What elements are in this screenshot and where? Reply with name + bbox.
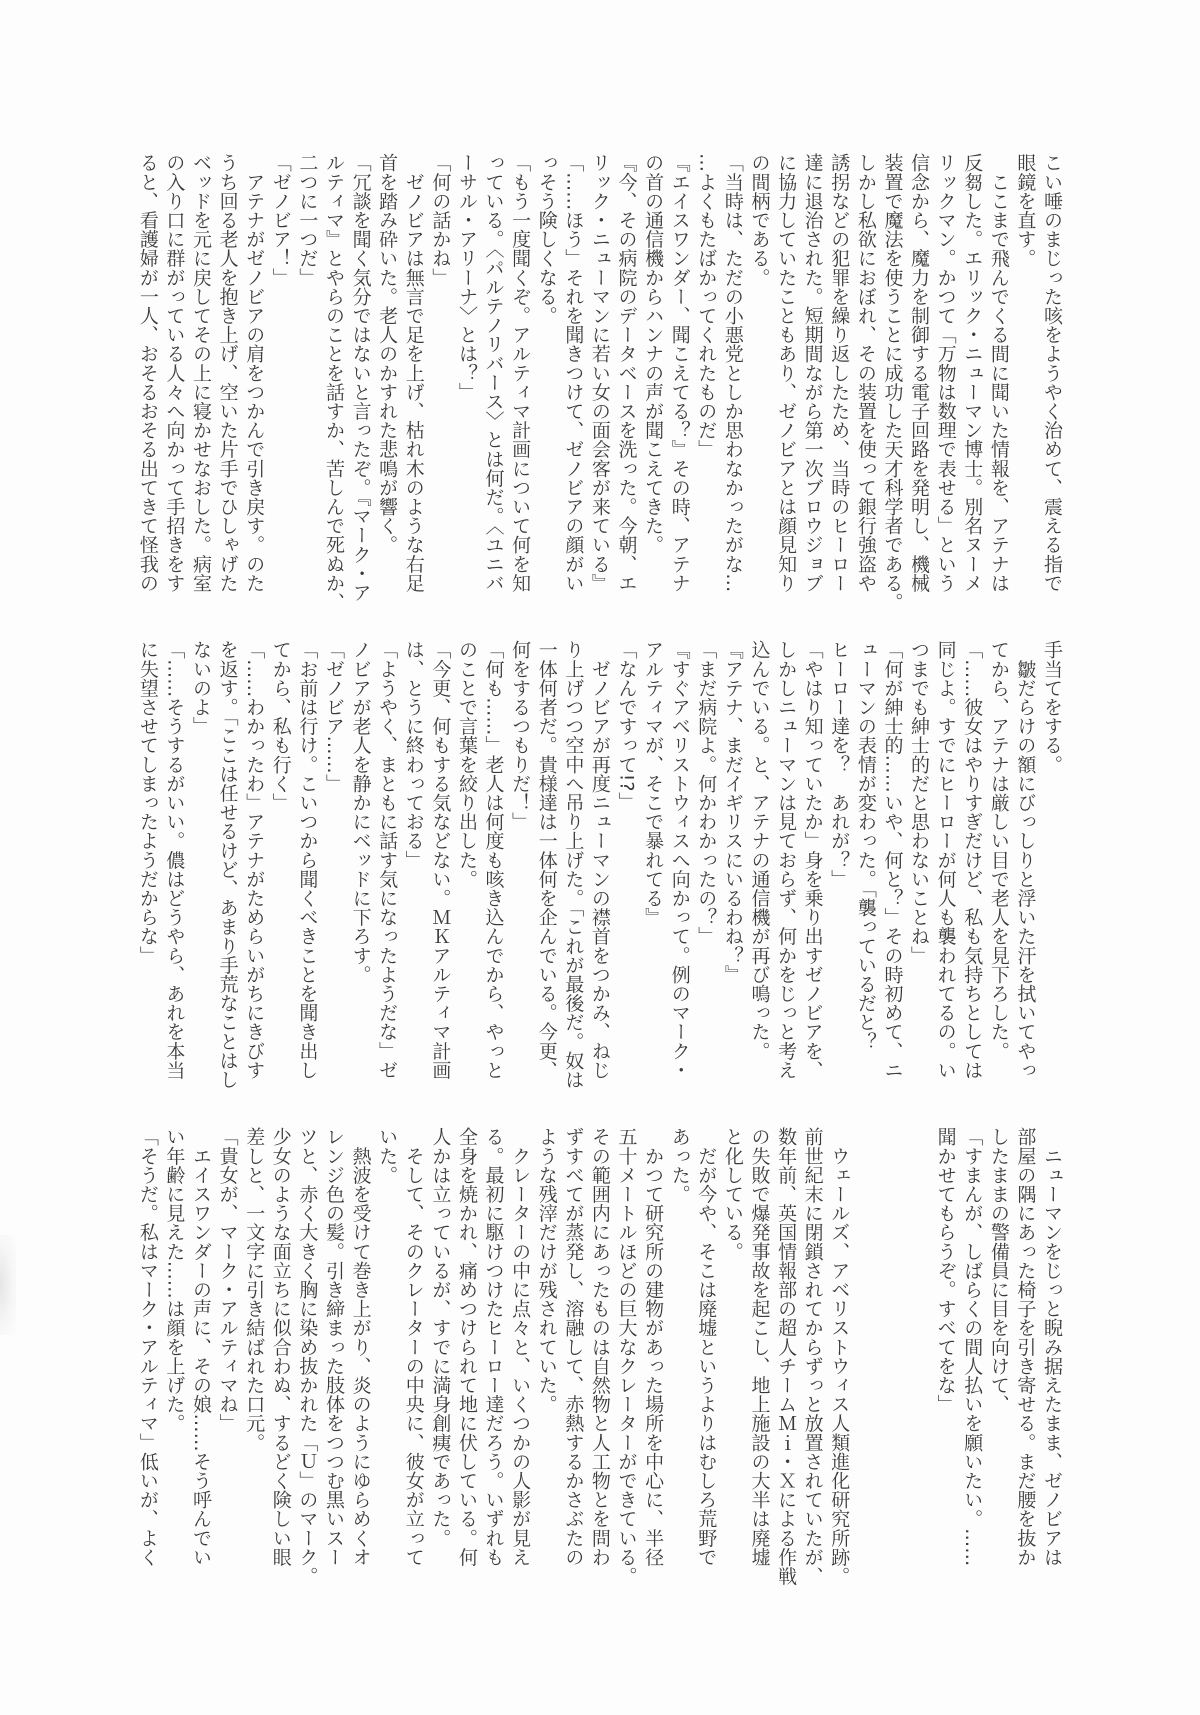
text-column: の入り口に群がっている人々へ向かって手招きをす [161, 153, 188, 599]
text-column: 「今更、何もする気などない。ＭＫアルティマ計画 [427, 640, 454, 1086]
text-column: ベッドを元に戻してその上に寝かせなおした。病室 [187, 153, 214, 599]
text-column: 熱波を受けて巻き上がり、炎のようにゆらめくオ [347, 1127, 374, 1573]
text-column: 誘拐などの犯罪を繰り返したため、当時のヒーロー [826, 153, 853, 599]
text-column: その範囲内にあったものは自然物と人工物とを問わ [586, 1127, 613, 1573]
text-column: 「まだ病院よ。何かわかったの？」 [693, 640, 720, 1086]
text-column: 何をするつもりだ！」 [507, 640, 534, 1086]
text-column: 人かは立っているが、すでに満身創痍であった。 [427, 1127, 454, 1573]
text-column: に協力していたこともあり、ゼノビアとは顔見知り [772, 153, 799, 599]
text-column: ような残滓だけが残されていた。 [533, 1127, 560, 1573]
text-column: したままの警備員に目を向けて、 [985, 1127, 1012, 1573]
text-column: ルティマ』とやらのことを話すか、苦しんで死ぬか、 [320, 153, 347, 599]
text-column: てから、私も行く」 [267, 640, 294, 1086]
text-column: リック・ニューマンに若い女の面会客が来ている』 [586, 153, 613, 599]
text-column: 全身を焼かれ、痛めつけられて地に伏している。何 [453, 1127, 480, 1573]
text-column: アテナがゼノビアの肩をつかんで引き戻す。のた [241, 153, 268, 599]
text-column: しかしニューマンは見ておらず、何かをじっと考え [772, 640, 799, 1086]
text-column: 『エイスワンダー、聞こえてる？』その時、アテナ [666, 153, 693, 599]
text-column: 同じよ。すでにヒーローが何人も襲われてるの。い [932, 640, 959, 1086]
text-column: ずすべてが蒸発し、溶融して、赤熱するかさぶたの [560, 1127, 587, 1573]
text-column: り上げつつ空中へ吊り上げた。「これが最後だ。奴は [560, 640, 587, 1086]
text-column: 「すまんが、しばらくの間人払いを願いたい。…… [959, 1127, 986, 1573]
text-column: ゼノビアは無言で足を上げ、枯れ木のような右足 [400, 153, 427, 599]
text-column: と化している。 [719, 1127, 746, 1573]
text-column: のことで言葉を絞り出した。 [453, 640, 480, 1086]
text-column: 少女のような面立ちに似合わぬ、するどく険しい眼 [267, 1127, 294, 1573]
text-column: の間柄である。 [746, 153, 773, 599]
text-column: クレーターの中に点々と、いくつかの人影が見え [507, 1127, 534, 1573]
text-column: 「何の話かね」 [427, 153, 454, 599]
text-column: エイスワンダーの声に、その娘……そう呼んでい [187, 1127, 214, 1573]
text-column: 「やはり知っていたか」身を乗り出すゼノビアを、 [799, 640, 826, 1086]
text-column: 「ゼノビア……」 [320, 640, 347, 1086]
text-column: 信念から、魔力を制御する電子回路を発明し、機械 [905, 153, 932, 599]
text-column: っている。〈パルテノリバース〉とは何だ。〈ユニバ [480, 153, 507, 599]
text-column: を返す。「ここは任せるけど、あまり手荒なことはし [214, 640, 241, 1086]
text-column: つまでも紳士的だと思わないことね」 [905, 640, 932, 1086]
text-column: てから、アテナは厳しい目で老人を見下ろした。 [985, 640, 1012, 1086]
text-column: 眼鏡を直す。 [1012, 153, 1039, 599]
text-column: しかし私欲におぼれ、その装置を使って銀行強盗や [852, 153, 879, 599]
text-column: 装置で魔法を使うことに成功した天才科学者である。 [879, 153, 906, 599]
text-column: 「何が紳士的……いや、何と？」その時初めて、ニ [879, 640, 906, 1086]
scene-break [905, 1127, 932, 1573]
text-block-bottom: ニューマンをじっと睨み据えたまま、ゼノビアは 部屋の隅にあった椅子を引き寄せる。… [134, 1127, 1065, 1573]
text-column: ニューマンをじっと睨み据えたまま、ゼノビアは [1038, 1127, 1065, 1573]
text-column: 「もう一度聞くぞ。アルティマ計画について何を知 [507, 153, 534, 599]
text-column: 「貴女が、マーク・アルティマね」 [214, 1127, 241, 1573]
text-column: る。最初に駆けつけたヒーロー達だろう。いずれも [480, 1127, 507, 1573]
text-column: 差しと、一文字に引き結ばれた口元。 [241, 1127, 268, 1573]
text-column: ここまで飛んでくる間に聞いた情報を、アテナは [985, 153, 1012, 599]
text-column: ないのよ」 [187, 640, 214, 1086]
text-column: 首を踏み砕いた。老人のかすれた悲鳴が響く。 [374, 153, 401, 599]
text-column: …よくもたばかってくれたものだ」 [693, 153, 720, 599]
text-column: あった。 [666, 1127, 693, 1573]
text-column: 数年前、英国情報部の超人チームＭｉ・Ｘによる作戦 [772, 1127, 799, 1573]
text-column: 『すぐアベリストウィスへ向かって。例のマーク・ [666, 640, 693, 1086]
text-column: 聞かせてもらうぞ。すべてをな」 [932, 1127, 959, 1573]
text-column: 「ゼノビア！」 [267, 153, 294, 599]
text-column: ツと、赤く大きく胸に染め抜かれた「Ｕ」のマーク。 [294, 1127, 321, 1573]
text-column: だが今や、そこは廃墟というよりはむしろ荒野で [693, 1127, 720, 1573]
text-column: 「お前は行け。こいつから聞くべきことを聞き出し [294, 640, 321, 1086]
text-column: アルティマが、そこで暴れてる』 [640, 640, 667, 1086]
text-column: かつて研究所の建物があった場所を中心に、半径 [640, 1127, 667, 1573]
text-column: 「……そうするがいい。儂はどうやら、あれを本当 [161, 640, 188, 1086]
text-column: 一体何者だ。貴様達は一体何を企んでいる。今更、 [533, 640, 560, 1086]
text-column: そして、そのクレーターの中央に、彼女が立って [400, 1127, 427, 1573]
text-column: の首の通信機からハンナの声が聞こえてきた。 [640, 153, 667, 599]
scene-break [852, 1127, 879, 1573]
text-column: 手当てをする。 [1038, 640, 1065, 1086]
text-column: 込んでいる。と、アテナの通信機が再び鳴った。 [746, 640, 773, 1086]
text-column: 「当時は、ただの小悪党としか思わなかったがな… [719, 153, 746, 599]
text-column: ノビアが老人を静かにベッドに下ろす。 [347, 640, 374, 1086]
text-column: に失望させてしまったようだからな」 [134, 640, 161, 1086]
text-block-top: こい唾のまじった咳をようやく治めて、震える指で 眼鏡を直す。 ここまで飛んでくる… [134, 153, 1065, 599]
text-column: ウェールズ、アベリストウィス人類進化研究所跡。 [826, 1127, 853, 1573]
text-column: リックマン。かつて「万物は数理で表せる」という [932, 153, 959, 599]
text-column: っそう険しくなる。 [533, 153, 560, 599]
text-column: 『アテナ、まだイギリスにいるわね？』 [719, 640, 746, 1086]
text-column: レンジ色の髪。引き締まった肢体をつつむ黒いスー [320, 1127, 347, 1573]
text-column: 部屋の隅にあった椅子を引き寄せる。まだ腰を抜か [1012, 1127, 1039, 1573]
text-column: 「ようやく、まともに話す気になったようだな」ゼ [374, 640, 401, 1086]
text-column: ューマンの表情が変わった。「襲っているだと？ [852, 640, 879, 1086]
text-column: 「……わかったわ」アテナがためらいがちにきびす [241, 640, 268, 1086]
text-block-middle: 手当てをする。 皺だらけの額にびっしりと浮いた汗を拭いてやっ てから、アテナは厳… [134, 640, 1065, 1086]
text-column: うち回る老人を抱き上げ、空いた片手でひしゃげた [214, 153, 241, 599]
text-column: 皺だらけの額にびっしりと浮いた汗を拭いてやっ [1012, 640, 1039, 1086]
scene-break [879, 1127, 906, 1573]
scan-smudge [0, 1235, 16, 1335]
text-column: いた。 [374, 1127, 401, 1573]
text-column: 反芻した。エリック・ニューマン博士。別名ヌーメ [959, 153, 986, 599]
text-column: ーサル・アリーナ〉とは？」 [453, 153, 480, 599]
text-column: 五十メートルほどの巨大なクレーターができている。 [613, 1127, 640, 1573]
text-column: 「そうだ。私はマーク・アルティマ」低いが、よく [134, 1127, 161, 1573]
text-column: 「冗談を聞く気分ではないと言ったぞ。『マーク・ア [347, 153, 374, 599]
text-column: こい唾のまじった咳をようやく治めて、震える指で [1038, 153, 1065, 599]
text-column: い年齢に見えた……は顔を上げた。 [161, 1127, 188, 1573]
text-column: 「……ほう」それを聞きつけて、ゼノビアの顔がい [560, 153, 587, 599]
text-column: は、とうに終わっておる」 [400, 640, 427, 1086]
text-column: ゼノビアが再度ニューマンの襟首をつかみ、ねじ [586, 640, 613, 1086]
text-column: ヒーロー達を？ あれが？」 [826, 640, 853, 1086]
text-column: 「なんですって!?」 [613, 640, 640, 1086]
text-column: 「何も……」老人は何度も咳き込んでから、やっと [480, 640, 507, 1086]
text-column: ると、看護婦が一人、おそるおそる出てきて怪我の [134, 153, 161, 599]
text-column: 『今、その病院のデータベースを洗った。今朝、エ [613, 153, 640, 599]
text-column: 「……彼女はやりすぎだけど、私も気持ちとしては [959, 640, 986, 1086]
text-column: 二つに一つだ」 [294, 153, 321, 599]
text-column: 達に退治された。短期間ながら第一次ブロウジョブ [799, 153, 826, 599]
text-column: の失敗で爆発事故を起こし、地上施設の大半は廃墟 [746, 1127, 773, 1573]
text-column: 前世紀末に閉鎖されてからずっと放置されていたが、 [799, 1127, 826, 1573]
